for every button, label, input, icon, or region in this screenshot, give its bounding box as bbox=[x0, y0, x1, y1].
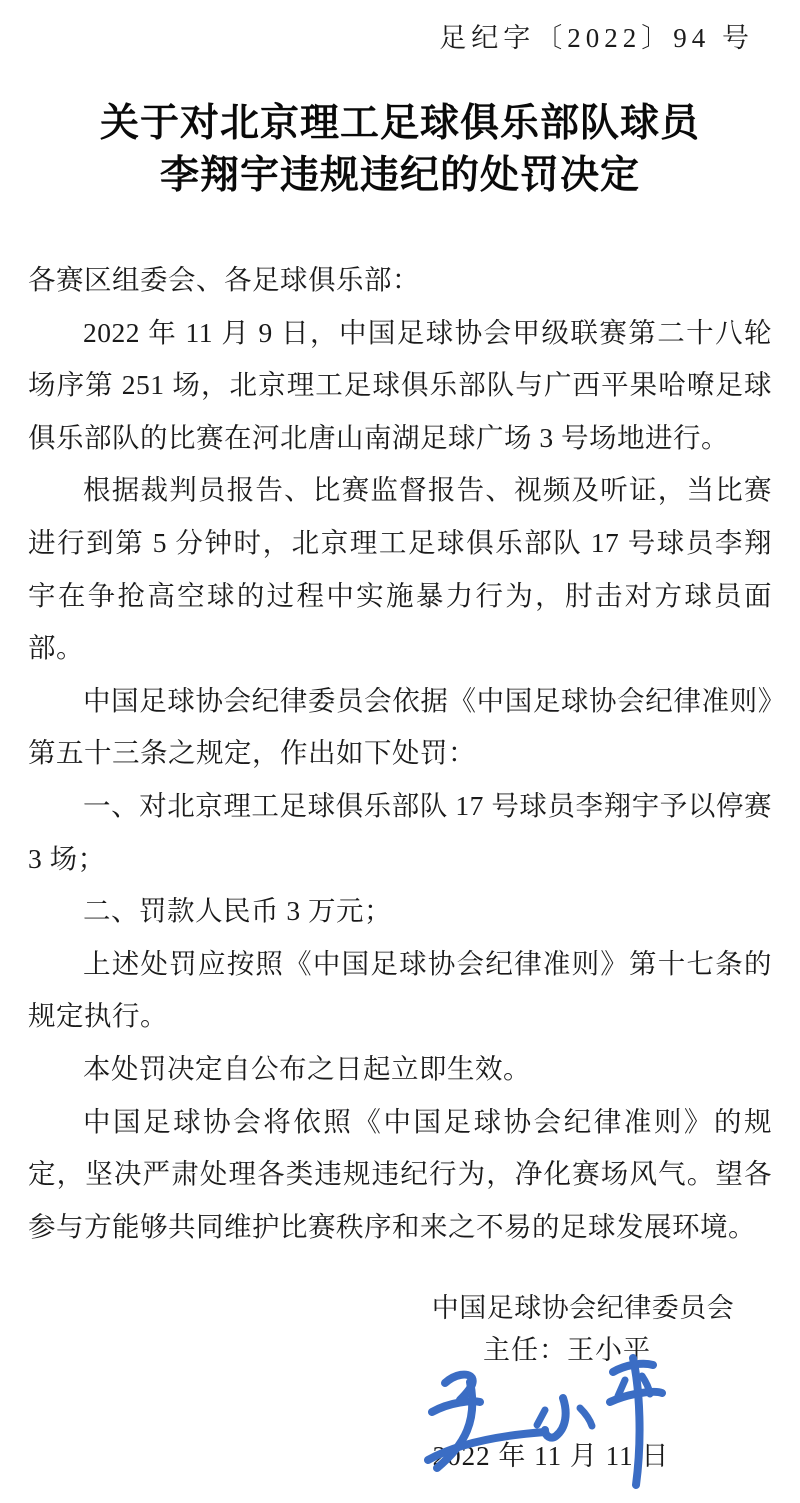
doc-title-line1: 关于对北京理工足球俱乐部队球员 bbox=[0, 98, 800, 150]
signature-stroke-ping-right-tick bbox=[642, 1376, 650, 1394]
signature-stroke-ping-left-tick bbox=[618, 1380, 625, 1396]
body-paragraph-4: 一、对北京理工足球俱乐部队 17 号球员李翔宇予以停赛 3 场； bbox=[28, 780, 772, 885]
body-paragraph-7: 本处罚决定自公布之日起立即生效。 bbox=[28, 1043, 772, 1096]
body-paragraph-1: 2022 年 11 月 9 日，中国足球协会甲级联赛第二十八轮场序第 251 场… bbox=[28, 307, 772, 465]
body-paragraph-6: 上述处罚应按照《中国足球协会纪律准则》第十七条的规定执行。 bbox=[28, 938, 772, 1043]
body-paragraph-5: 二、罚款人民币 3 万元； bbox=[28, 885, 772, 938]
doc-number: 足纪字〔2022〕94 号 bbox=[439, 16, 754, 55]
signature-stroke-wang-mid bbox=[432, 1401, 480, 1412]
salutation: 各赛区组委会、各足球俱乐部： bbox=[28, 254, 772, 307]
signature-stroke-xiao-right-dot bbox=[580, 1408, 592, 1426]
document-page: 足纪字〔2022〕94 号 关于对北京理工足球俱乐部队球员 李翔宇违规违纪的处罚… bbox=[0, 0, 800, 1503]
signature-stroke-ping-h2 bbox=[610, 1392, 662, 1402]
closing-date: 2022 年 11 月 11 日 bbox=[433, 1434, 670, 1473]
body-paragraph-2: 根据裁判员报告、比赛监督报告、视频及听证，当比赛进行到第 5 分钟时，北京理工足… bbox=[28, 464, 772, 674]
body-paragraph-3: 中国足球协会纪律委员会依据《中国足球协会纪律准则》第五十三条之规定，作出如下处罚… bbox=[28, 675, 772, 780]
signature-stroke-wang-top bbox=[445, 1375, 473, 1400]
doc-title: 关于对北京理工足球俱乐部队球员 李翔宇违规违纪的处罚决定 bbox=[0, 98, 800, 202]
closing-signer-title: 主任：王小平 bbox=[483, 1328, 651, 1367]
closing-organization: 中国足球协会纪律委员会 bbox=[432, 1286, 735, 1325]
signature-stroke-xiao-left-dot bbox=[537, 1410, 545, 1425]
body-paragraph-8: 中国足球协会将依照《中国足球协会纪律准则》的规定，坚决严肃处理各类违规违纪行为，… bbox=[28, 1096, 772, 1254]
signature-stroke-xiao-hook bbox=[545, 1398, 566, 1438]
doc-title-line2: 李翔宇违规违纪的处罚决定 bbox=[0, 150, 800, 202]
doc-body: 各赛区组委会、各足球俱乐部： 2022 年 11 月 9 日，中国足球协会甲级联… bbox=[28, 254, 772, 1253]
